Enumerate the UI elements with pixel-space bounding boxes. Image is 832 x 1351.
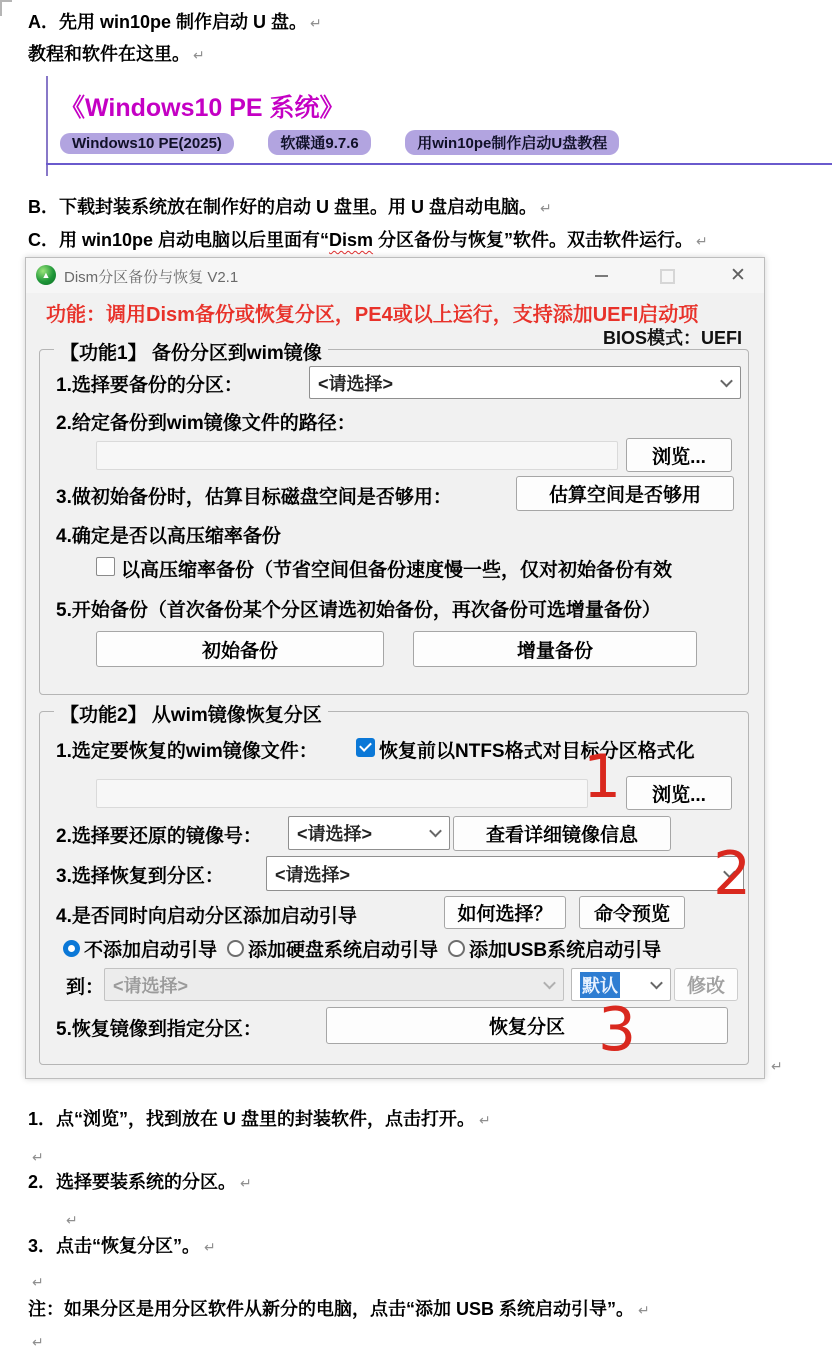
estimate-space-button[interactable]: 估算空间是否够用 (516, 476, 734, 511)
to-label: 到： (66, 972, 104, 999)
radio-hdd-boot-entry-label[interactable]: 添加硬盘系统启动引导 (248, 935, 438, 962)
maximize-button[interactable] (652, 264, 682, 288)
view-image-info-button[interactable]: 查看详细镜像信息 (453, 816, 671, 851)
return-mark: ↵ (696, 233, 708, 249)
return-mark: ↵ (638, 1302, 650, 1318)
boot-partition-combo-value: <请选择> (113, 972, 188, 998)
title-bar[interactable]: ▲ Dism分区备份与恢复 V2.1 ✕ (26, 258, 764, 293)
return-mark: ↵ (32, 1334, 44, 1351)
step-2-text: 2．选择要装系统的分区。 (28, 1172, 236, 1192)
group1-row4-label: 4.确定是否以高压缩率备份 (56, 521, 281, 548)
incremental-backup-button[interactable]: 增量备份 (413, 631, 697, 667)
restore-partition-button[interactable]: 恢复分区 (326, 1007, 728, 1044)
paragraph-c-dism-spellcheck: Dism (329, 230, 373, 250)
how-to-choose-button[interactable]: 如何选择？ (444, 896, 566, 929)
backup-browse-button[interactable]: 浏览... (626, 438, 732, 472)
group2-row3-label: 3.选择恢复到分区： (56, 861, 224, 888)
chevron-down-icon (429, 825, 442, 838)
chevron-down-icon (650, 976, 663, 989)
wim-file-path-field[interactable] (96, 779, 588, 808)
annotation-2: 2 (713, 844, 751, 904)
radio-usb-boot-entry-label[interactable]: 添加USB系统启动引导 (469, 935, 661, 962)
radio-no-boot-entry-label[interactable]: 不添加启动引导 (84, 935, 217, 962)
image-number-combo-value: <请选择> (297, 820, 372, 846)
image-number-combo[interactable]: <请选择> (288, 816, 450, 850)
step-1: 1．点“浏览”，找到放在 U 盘里的封装软件，点击打开。↵ (28, 1105, 491, 1131)
initial-backup-button[interactable]: 初始备份 (96, 631, 384, 667)
return-mark: ↵ (479, 1112, 491, 1128)
paragraph-b: B．下载封装系统放在制作好的启动 U 盘里。用 U 盘启动电脑。↵ (28, 193, 552, 219)
group2-row4-label: 4.是否同时向启动分区添加启动引导 (56, 901, 357, 928)
app-icon: ▲ (36, 265, 56, 285)
return-mark: ↵ (193, 47, 205, 63)
return-mark: ↵ (771, 1058, 783, 1075)
paragraph-c-suffix: 分区备份与恢复”软件。双击软件运行。 (373, 230, 693, 250)
radio-no-boot-entry[interactable] (63, 940, 80, 957)
document-page: A．先用 win10pe 制作启动 U 盘。↵ 教程和软件在这里。↵ 《Wind… (0, 0, 832, 1351)
window-title: Dism分区备份与恢复 V2.1 (64, 266, 238, 287)
restore-partition-combo-value: <请选择> (275, 861, 350, 887)
minimize-button[interactable] (586, 264, 616, 288)
outline-marker (0, 0, 12, 16)
note-text: 注：如果分区是用分区软件从新分的电脑，点击“添加 USB 系统启动引导”。 (28, 1299, 634, 1319)
return-mark: ↵ (540, 200, 552, 216)
quote-heading: 《Windows10 PE 系统》 (60, 88, 345, 124)
paragraph-c: C．用 win10pe 启动电脑以后里面有“Dism 分区备份与恢复”软件。双击… (28, 226, 708, 252)
modify-button[interactable]: 修改 (674, 968, 738, 1001)
radio-usb-boot-entry[interactable] (448, 940, 465, 957)
group2-row5-label: 5.恢复镜像到指定分区： (56, 1014, 262, 1041)
backup-path-field[interactable] (96, 441, 618, 470)
command-preview-button[interactable]: 命令预览 (579, 896, 685, 929)
return-mark: ↵ (310, 15, 322, 31)
chevron-down-icon (720, 374, 733, 387)
group1-row5-label: 5.开始备份（首次备份某个分区请选初始备份，再次备份可选增量备份） (56, 595, 661, 622)
quote-left-border (46, 76, 48, 176)
link-ultraiso[interactable]: 软碟通9.7.6 (268, 130, 370, 155)
boot-partition-combo[interactable]: <请选择> (104, 968, 564, 1001)
backup-partition-combo-value: <请选择> (318, 370, 393, 396)
boot-option-radio-row: 不添加启动引导 添加硬盘系统启动引导 添加USB系统启动引导 (63, 935, 661, 962)
step-3: 3．点击“恢复分区”。↵ (28, 1232, 216, 1258)
restore-partition-combo[interactable]: <请选择> (266, 856, 744, 891)
radio-hdd-boot-entry[interactable] (227, 940, 244, 957)
step-1-text: 1．点“浏览”，找到放在 U 盘里的封装软件，点击打开。 (28, 1109, 475, 1129)
paragraph-a: A．先用 win10pe 制作启动 U 盘。↵ (28, 8, 322, 34)
note-paragraph: 注：如果分区是用分区软件从新分的电脑，点击“添加 USB 系统启动引导”。↵ (28, 1295, 650, 1321)
high-compression-checkbox[interactable] (96, 557, 115, 576)
return-mark: ↵ (204, 1239, 216, 1255)
return-mark: ↵ (66, 1212, 78, 1229)
group1-row3-label: 3.做初始备份时，估算目标磁盘空间是否够用： (56, 482, 452, 509)
return-mark: ↵ (32, 1149, 44, 1166)
format-ntfs-label[interactable]: 恢复前以NTFS格式对目标分区格式化 (379, 736, 695, 763)
boot-type-combo-value: 默认 (580, 972, 620, 998)
paragraph-tutorial: 教程和软件在这里。↵ (28, 40, 205, 66)
group2-legend: 【功能2】 从wim镜像恢复分区 (54, 700, 328, 727)
annotation-3: 3 (598, 1000, 636, 1060)
close-button[interactable]: ✕ (723, 266, 753, 285)
quote-links-row: Windows10 PE(2025) 软碟通9.7.6 用win10pe制作启动… (60, 130, 619, 155)
return-mark: ↵ (32, 1274, 44, 1291)
high-compression-label[interactable]: 以高压缩率备份（节省空间但备份速度慢一些，仅对初始备份有效 (121, 555, 672, 582)
bios-mode-label: BIOS模式：UEFI (603, 324, 742, 350)
paragraph-c-prefix: C．用 win10pe 启动电脑以后里面有“ (28, 230, 329, 250)
step-2: 2．选择要装系统的分区。↵ (28, 1168, 252, 1194)
group1-row2-label: 2.给定备份到wim镜像文件的路径： (56, 408, 356, 435)
quote-divider-rule (46, 163, 832, 165)
dism-backup-restore-window: ▲ Dism分区备份与恢复 V2.1 ✕ 功能：调用Dism备份或恢复分区，PE… (25, 257, 765, 1079)
return-mark: ↵ (240, 1175, 252, 1191)
group2-row2-label: 2.选择要还原的镜像号： (56, 821, 262, 848)
feature-banner: 功能：调用Dism备份或恢复分区，PE4或以上运行，支持添加UEFI启动项 (46, 298, 698, 327)
group2-row1-label: 1.选定要恢复的wim镜像文件： (56, 736, 318, 763)
annotation-1: 1 (583, 747, 621, 807)
link-windows10-pe-2025[interactable]: Windows10 PE(2025) (60, 133, 234, 154)
step-3-text: 3．点击“恢复分区”。 (28, 1236, 200, 1256)
chevron-down-icon (543, 976, 556, 989)
paragraph-tutorial-text: 教程和软件在这里。 (28, 44, 190, 64)
maximize-icon (660, 269, 675, 284)
format-ntfs-checkbox[interactable] (356, 738, 375, 757)
app-icon-glyph: ▲ (42, 270, 51, 280)
paragraph-a-text: A．先用 win10pe 制作启动 U 盘。 (28, 12, 307, 32)
paragraph-b-text: B．下载封装系统放在制作好的启动 U 盘里。用 U 盘启动电脑。 (28, 197, 537, 217)
group1-legend: 【功能1】 备份分区到wim镜像 (54, 338, 328, 365)
group1-row1-label: 1.选择要备份的分区： (56, 370, 243, 397)
link-usb-boot-tutorial[interactable]: 用win10pe制作启动U盘教程 (405, 130, 619, 155)
minimize-icon (595, 275, 608, 277)
backup-partition-combo[interactable]: <请选择> (309, 366, 741, 399)
wim-browse-button[interactable]: 浏览... (626, 776, 732, 810)
